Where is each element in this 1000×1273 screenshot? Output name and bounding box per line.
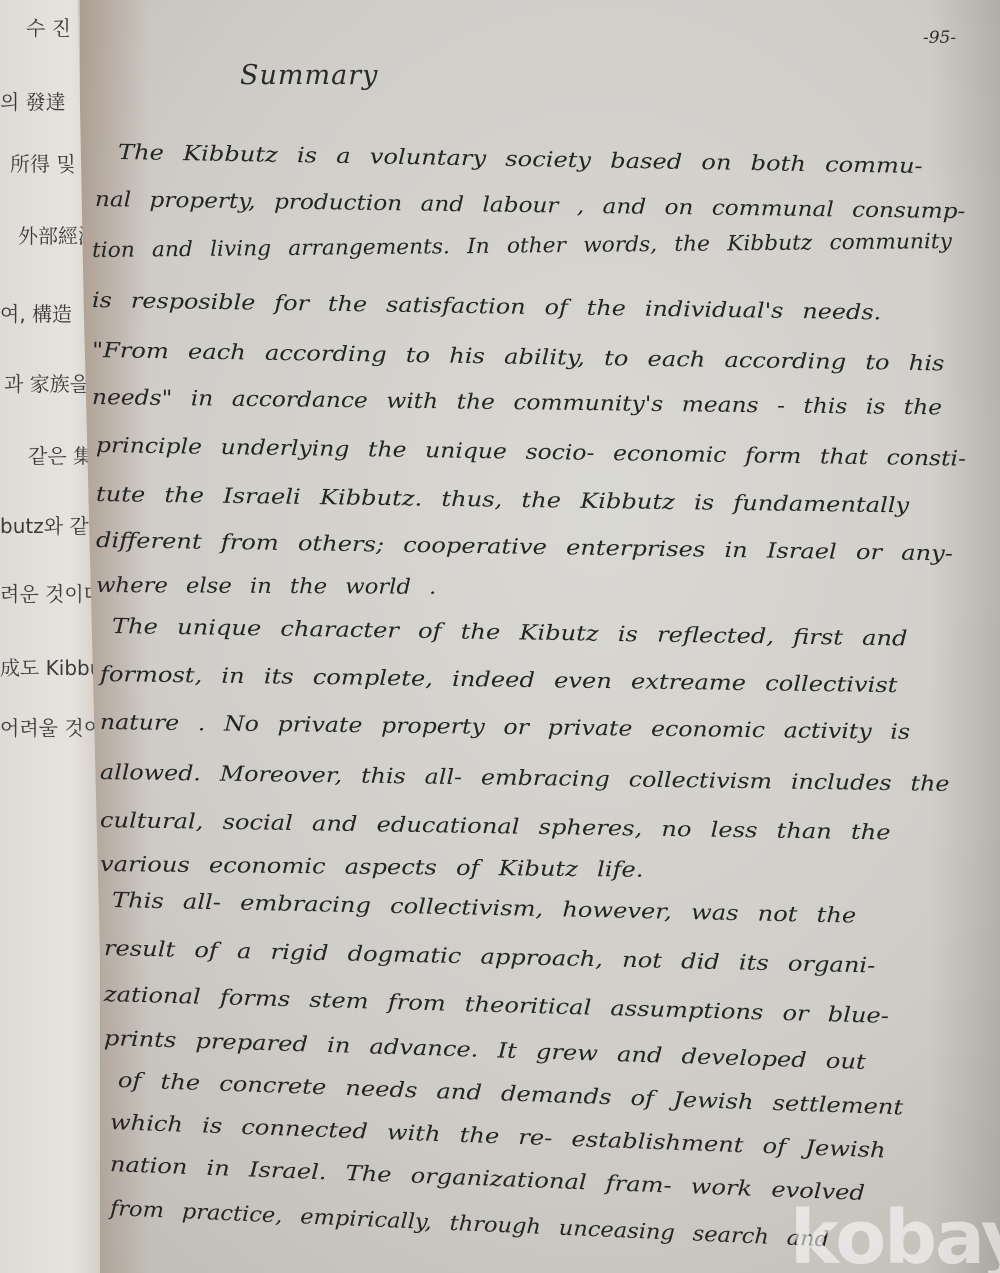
margin-fragment: 수 진	[26, 12, 71, 41]
margin-fragment: 의 發達	[0, 86, 66, 115]
page-title: Summary	[240, 60, 378, 91]
watermark-logo: kobay	[790, 1195, 1000, 1273]
margin-fragment: 려운 것이다	[0, 578, 103, 607]
page-number: -95-	[923, 28, 956, 48]
margin-fragment: 여, 構造	[0, 298, 72, 327]
margin-fragment: 어려울 것이	[0, 712, 103, 741]
margin-fragment: 과 家族을	[4, 368, 89, 397]
margin-fragment: 所得 및	[10, 148, 76, 177]
margin-fragment: 같은 集	[28, 440, 93, 469]
handwritten-line: where else in the world .	[96, 573, 436, 599]
